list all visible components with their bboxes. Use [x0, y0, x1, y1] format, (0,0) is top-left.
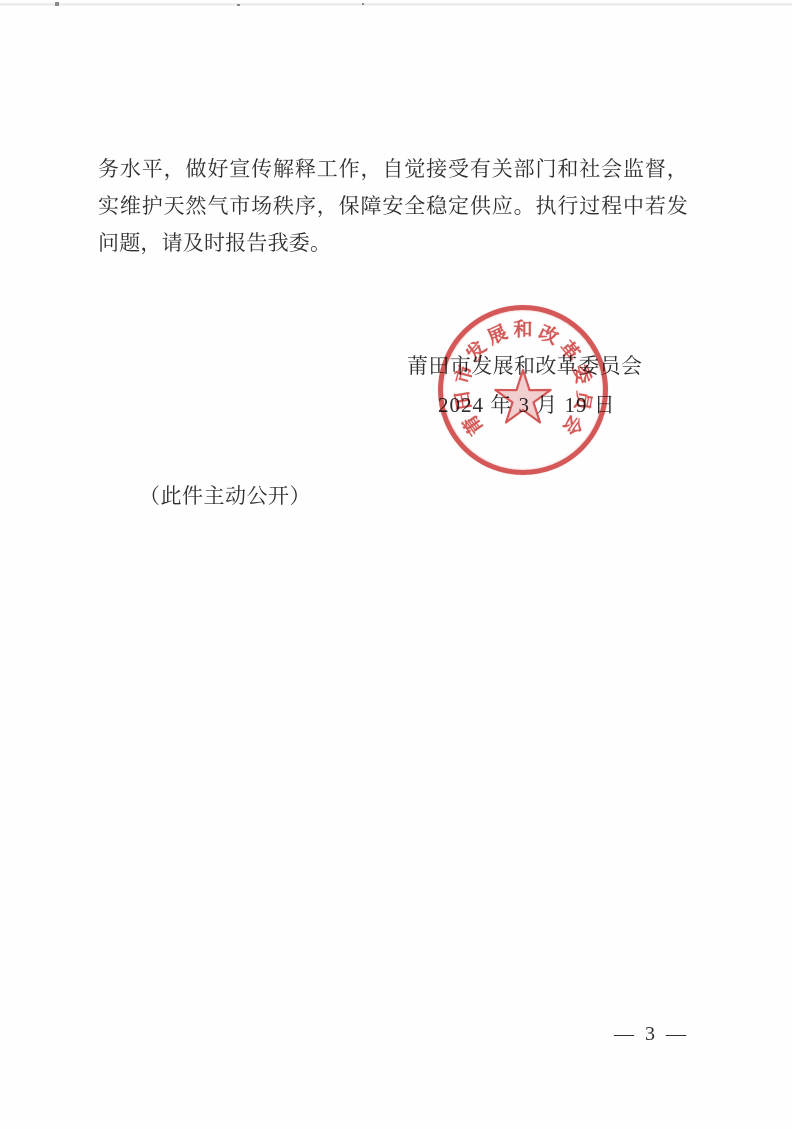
scan-edge-artifact — [0, 3, 792, 6]
scan-speck — [55, 2, 59, 6]
disclosure-note: （此件主动公开） — [139, 480, 311, 510]
signature-date: 2024 年 3 月 19 日 — [438, 389, 616, 419]
body-line-3: 问题，请及时报告我委。 — [98, 225, 688, 262]
body-paragraph: 务水平，做好宣传解释工作，自觉接受有关部门和社会监督，切 实维护天然气市场秩序，… — [98, 151, 688, 262]
scan-speck — [362, 3, 364, 5]
signature-organization: 莆田市发展和改革委员会 — [407, 350, 642, 380]
seal-character: 展 — [482, 318, 511, 351]
body-line-1: 务水平，做好宣传解释工作，自觉接受有关部门和社会监督，切 — [98, 151, 688, 188]
scan-speck — [237, 4, 240, 6]
body-line-2: 实维护天然气市场秩序，保障安全稳定供应。执行过程中若发现 — [98, 188, 688, 225]
document-page: 务水平，做好宣传解释工作，自觉接受有关部门和社会监督，切 实维护天然气市场秩序，… — [0, 0, 792, 1129]
page-number: — 3 — — [614, 1023, 689, 1046]
seal-character: 改 — [535, 318, 564, 351]
seal-character: 和 — [513, 315, 532, 342]
